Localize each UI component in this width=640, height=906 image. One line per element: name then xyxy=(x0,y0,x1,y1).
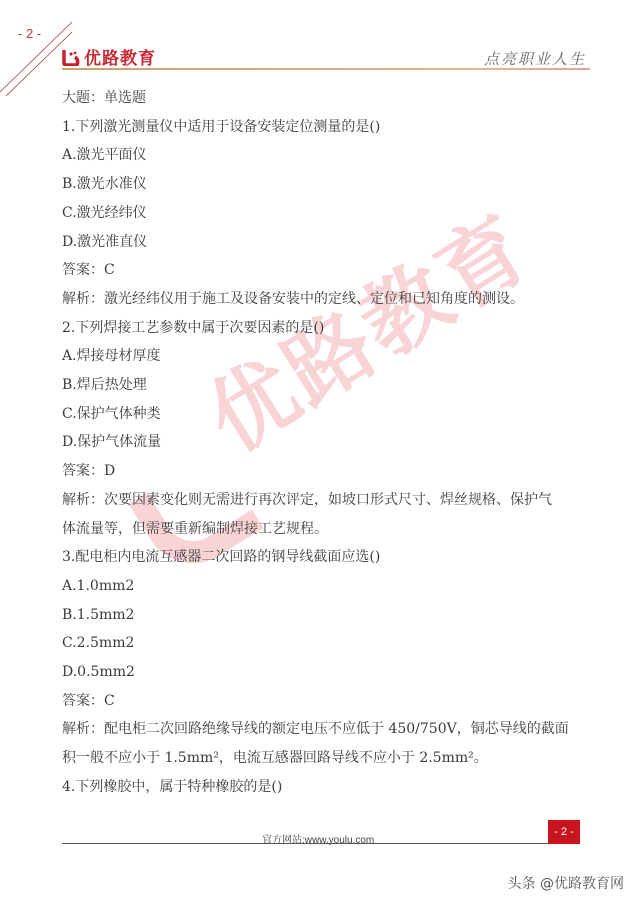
option-d: D.激光准直仪 xyxy=(62,228,592,257)
question-stem: 2.下列焊接工艺参数中属于次要因素的是() xyxy=(62,314,592,343)
analysis-line-1: 解析：次要因素变化则无需进行再次评定，如坡口形式尺寸、焊丝规格、保护气 xyxy=(62,486,592,515)
brand-name: 优路教育 xyxy=(84,44,156,69)
option-c: C.保护气体种类 xyxy=(62,400,592,429)
question-1: 1.下列激光测量仪中适用于设备安装定位测量的是() A.激光平面仪 B.激光水准… xyxy=(62,113,592,314)
option-c: C.激光经纬仪 xyxy=(62,199,592,228)
question-stem: 4.下列橡胶中，属于特种橡胶的是() xyxy=(62,773,592,802)
answer: 答案：C xyxy=(62,687,592,716)
option-c: C.2.5mm2 xyxy=(62,629,592,658)
analysis-line-2: 体流量等，但需要重新编制焊接工艺规程。 xyxy=(62,515,592,544)
source-attribution: 头条 @优路教育网 xyxy=(508,873,624,893)
option-d: D.0.5mm2 xyxy=(62,658,592,687)
option-a: A.激光平面仪 xyxy=(62,141,592,170)
option-b: B.激光水准仪 xyxy=(62,170,592,199)
option-b: B.1.5mm2 xyxy=(62,601,592,630)
header-divider xyxy=(62,68,590,70)
footer-divider xyxy=(62,843,550,844)
brand-logo: 优路教育 xyxy=(62,44,156,69)
answer: 答案：C xyxy=(62,256,592,285)
footer-page-number: - 2 - xyxy=(548,820,580,844)
logo-mark-icon xyxy=(62,48,80,66)
document-body: 大题：单选题 1.下列激光测量仪中适用于设备安装定位测量的是() A.激光平面仪… xyxy=(62,84,592,802)
option-a: A.1.0mm2 xyxy=(62,572,592,601)
analysis: 解析：激光经纬仪用于施工及设备安装中的定线、定位和已知角度的测设。 xyxy=(62,285,592,314)
corner-page-number: - 2 - xyxy=(18,26,41,41)
analysis-line-1: 解析：配电柜二次回路绝缘导线的额定电压不应低于 450/750V，铜芯导线的截面 xyxy=(62,715,592,744)
question-stem: 3.配电柜内电流互感器二次回路的钢导线截面应选() xyxy=(62,543,592,572)
question-2: 2.下列焊接工艺参数中属于次要因素的是() A.焊接母材厚度 B.焊后热处理 C… xyxy=(62,314,592,544)
analysis-line-2: 积一般不应小于 1.5mm²，电流互感器回路导线不应小于 2.5mm²。 xyxy=(62,744,592,773)
section-title: 大题：单选题 xyxy=(62,84,592,113)
question-stem: 1.下列激光测量仪中适用于设备安装定位测量的是() xyxy=(62,113,592,142)
answer: 答案：D xyxy=(62,457,592,486)
option-a: A.焊接母材厚度 xyxy=(62,342,592,371)
slogan: 点亮职业人生 xyxy=(484,48,586,69)
question-3: 3.配电柜内电流互感器二次回路的钢导线截面应选() A.1.0mm2 B.1.5… xyxy=(62,543,592,773)
option-d: D.保护气体流量 xyxy=(62,428,592,457)
question-4: 4.下列橡胶中，属于特种橡胶的是() xyxy=(62,773,592,802)
option-b: B.焊后热处理 xyxy=(62,371,592,400)
